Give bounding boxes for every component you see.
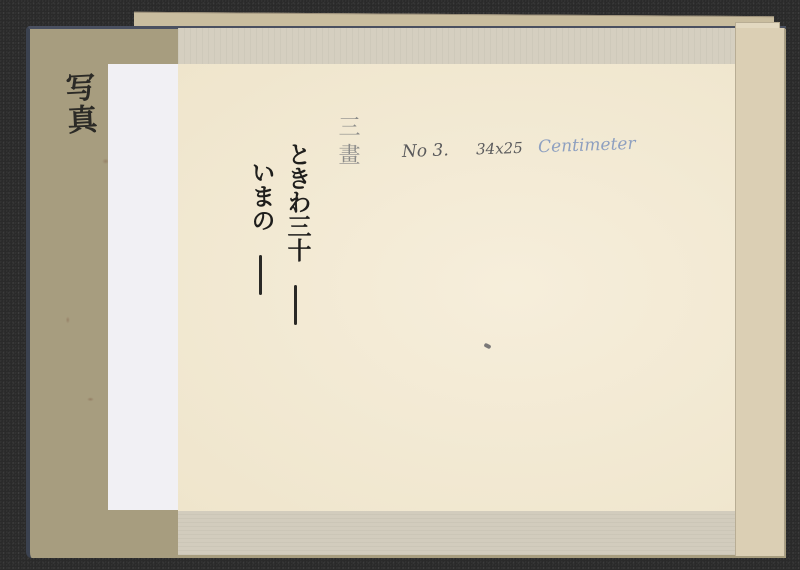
item-number: No 3. [402,140,449,162]
item-unit: Centimeter [538,134,636,157]
brush-stroke-tail-left [259,255,262,295]
white-insert-sheet [108,64,178,510]
brush-inscription-right: ときわ三十 [283,142,311,262]
brush-stroke-tail-right [294,285,297,325]
cover-title-calligraphy: 写真 [56,71,100,153]
right-fold-strip [735,28,785,556]
brush-inscription-left: いまの [247,160,275,232]
item-dimensions: 34x25 [476,139,523,159]
pencil-index-characters: 三畫 [330,115,360,171]
tissue-band-bottom [178,511,735,555]
tissue-band-top [178,28,735,64]
